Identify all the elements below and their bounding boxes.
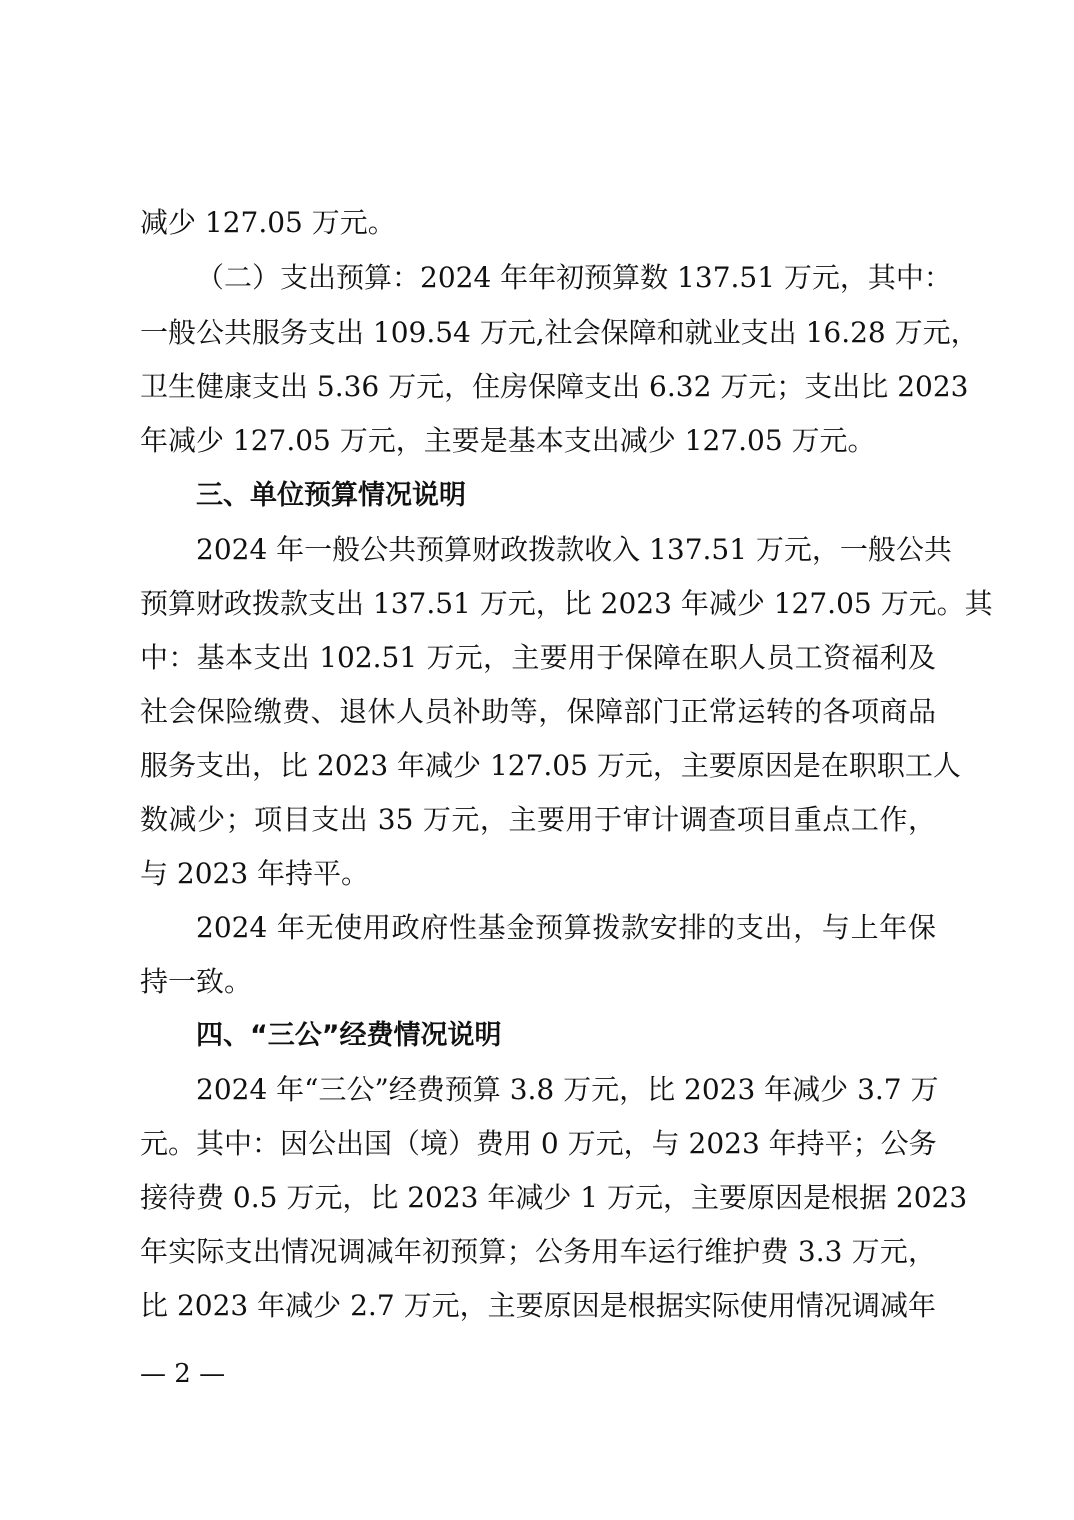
paragraph-line: 与 2023 年持平。 xyxy=(140,854,936,894)
document-page: 减少 127.05 万元。 （二）支出预算：2024 年年初预算数 137.51… xyxy=(0,0,1074,1520)
paragraph-line: 年减少 127.05 万元，主要是基本支出减少 127.05 万元。 xyxy=(140,421,936,461)
paragraph-line: 减少 127.05 万元。 xyxy=(140,203,936,243)
paragraph-line: 年实际支出情况调减年初预算；公务用车运行维护费 3.3 万元， xyxy=(140,1232,936,1272)
paragraph-line: 2024 年一般公共预算财政拨款收入 137.51 万元，一般公共 xyxy=(196,530,936,570)
paragraph-line: 2024 年“三公”经费预算 3.8 万元，比 2023 年减少 3.7 万 xyxy=(196,1070,936,1110)
paragraph-line: 卫生健康支出 5.36 万元，住房保障支出 6.32 万元；支出比 2023 xyxy=(140,367,936,407)
section-heading-three-public-expenses: 四、“三公”经费情况说明 xyxy=(196,1016,936,1056)
paragraph-line: 2024 年无使用政府性基金预算拨款安排的支出，与上年保 xyxy=(196,908,936,948)
paragraph-line: 比 2023 年减少 2.7 万元，主要原因是根据实际使用情况调减年 xyxy=(140,1286,936,1326)
paragraph-line: 社会保险缴费、退休人员补助等，保障部门正常运转的各项商品 xyxy=(140,692,936,732)
paragraph-line: （二）支出预算：2024 年年初预算数 137.51 万元，其中： xyxy=(196,258,936,298)
paragraph-line: 一般公共服务支出 109.54 万元,社会保障和就业支出 16.28 万元， xyxy=(140,313,936,353)
paragraph-line: 预算财政拨款支出 137.51 万元，比 2023 年减少 127.05 万元。… xyxy=(140,584,936,624)
paragraph-line: 接待费 0.5 万元，比 2023 年减少 1 万元，主要原因是根据 2023 xyxy=(140,1178,936,1218)
paragraph-line: 元。其中：因公出国（境）费用 0 万元，与 2023 年持平；公务 xyxy=(140,1124,936,1164)
paragraph-line: 中：基本支出 102.51 万元，主要用于保障在职人员工资福利及 xyxy=(140,638,936,678)
section-heading-unit-budget: 三、单位预算情况说明 xyxy=(196,476,936,516)
page-number: — 2 — xyxy=(140,1356,225,1392)
paragraph-line: 持一致。 xyxy=(140,962,936,1002)
paragraph-line: 数减少；项目支出 35 万元，主要用于审计调查项目重点工作， xyxy=(140,800,936,840)
paragraph-line: 服务支出，比 2023 年减少 127.05 万元，主要原因是在职职工人 xyxy=(140,746,936,786)
